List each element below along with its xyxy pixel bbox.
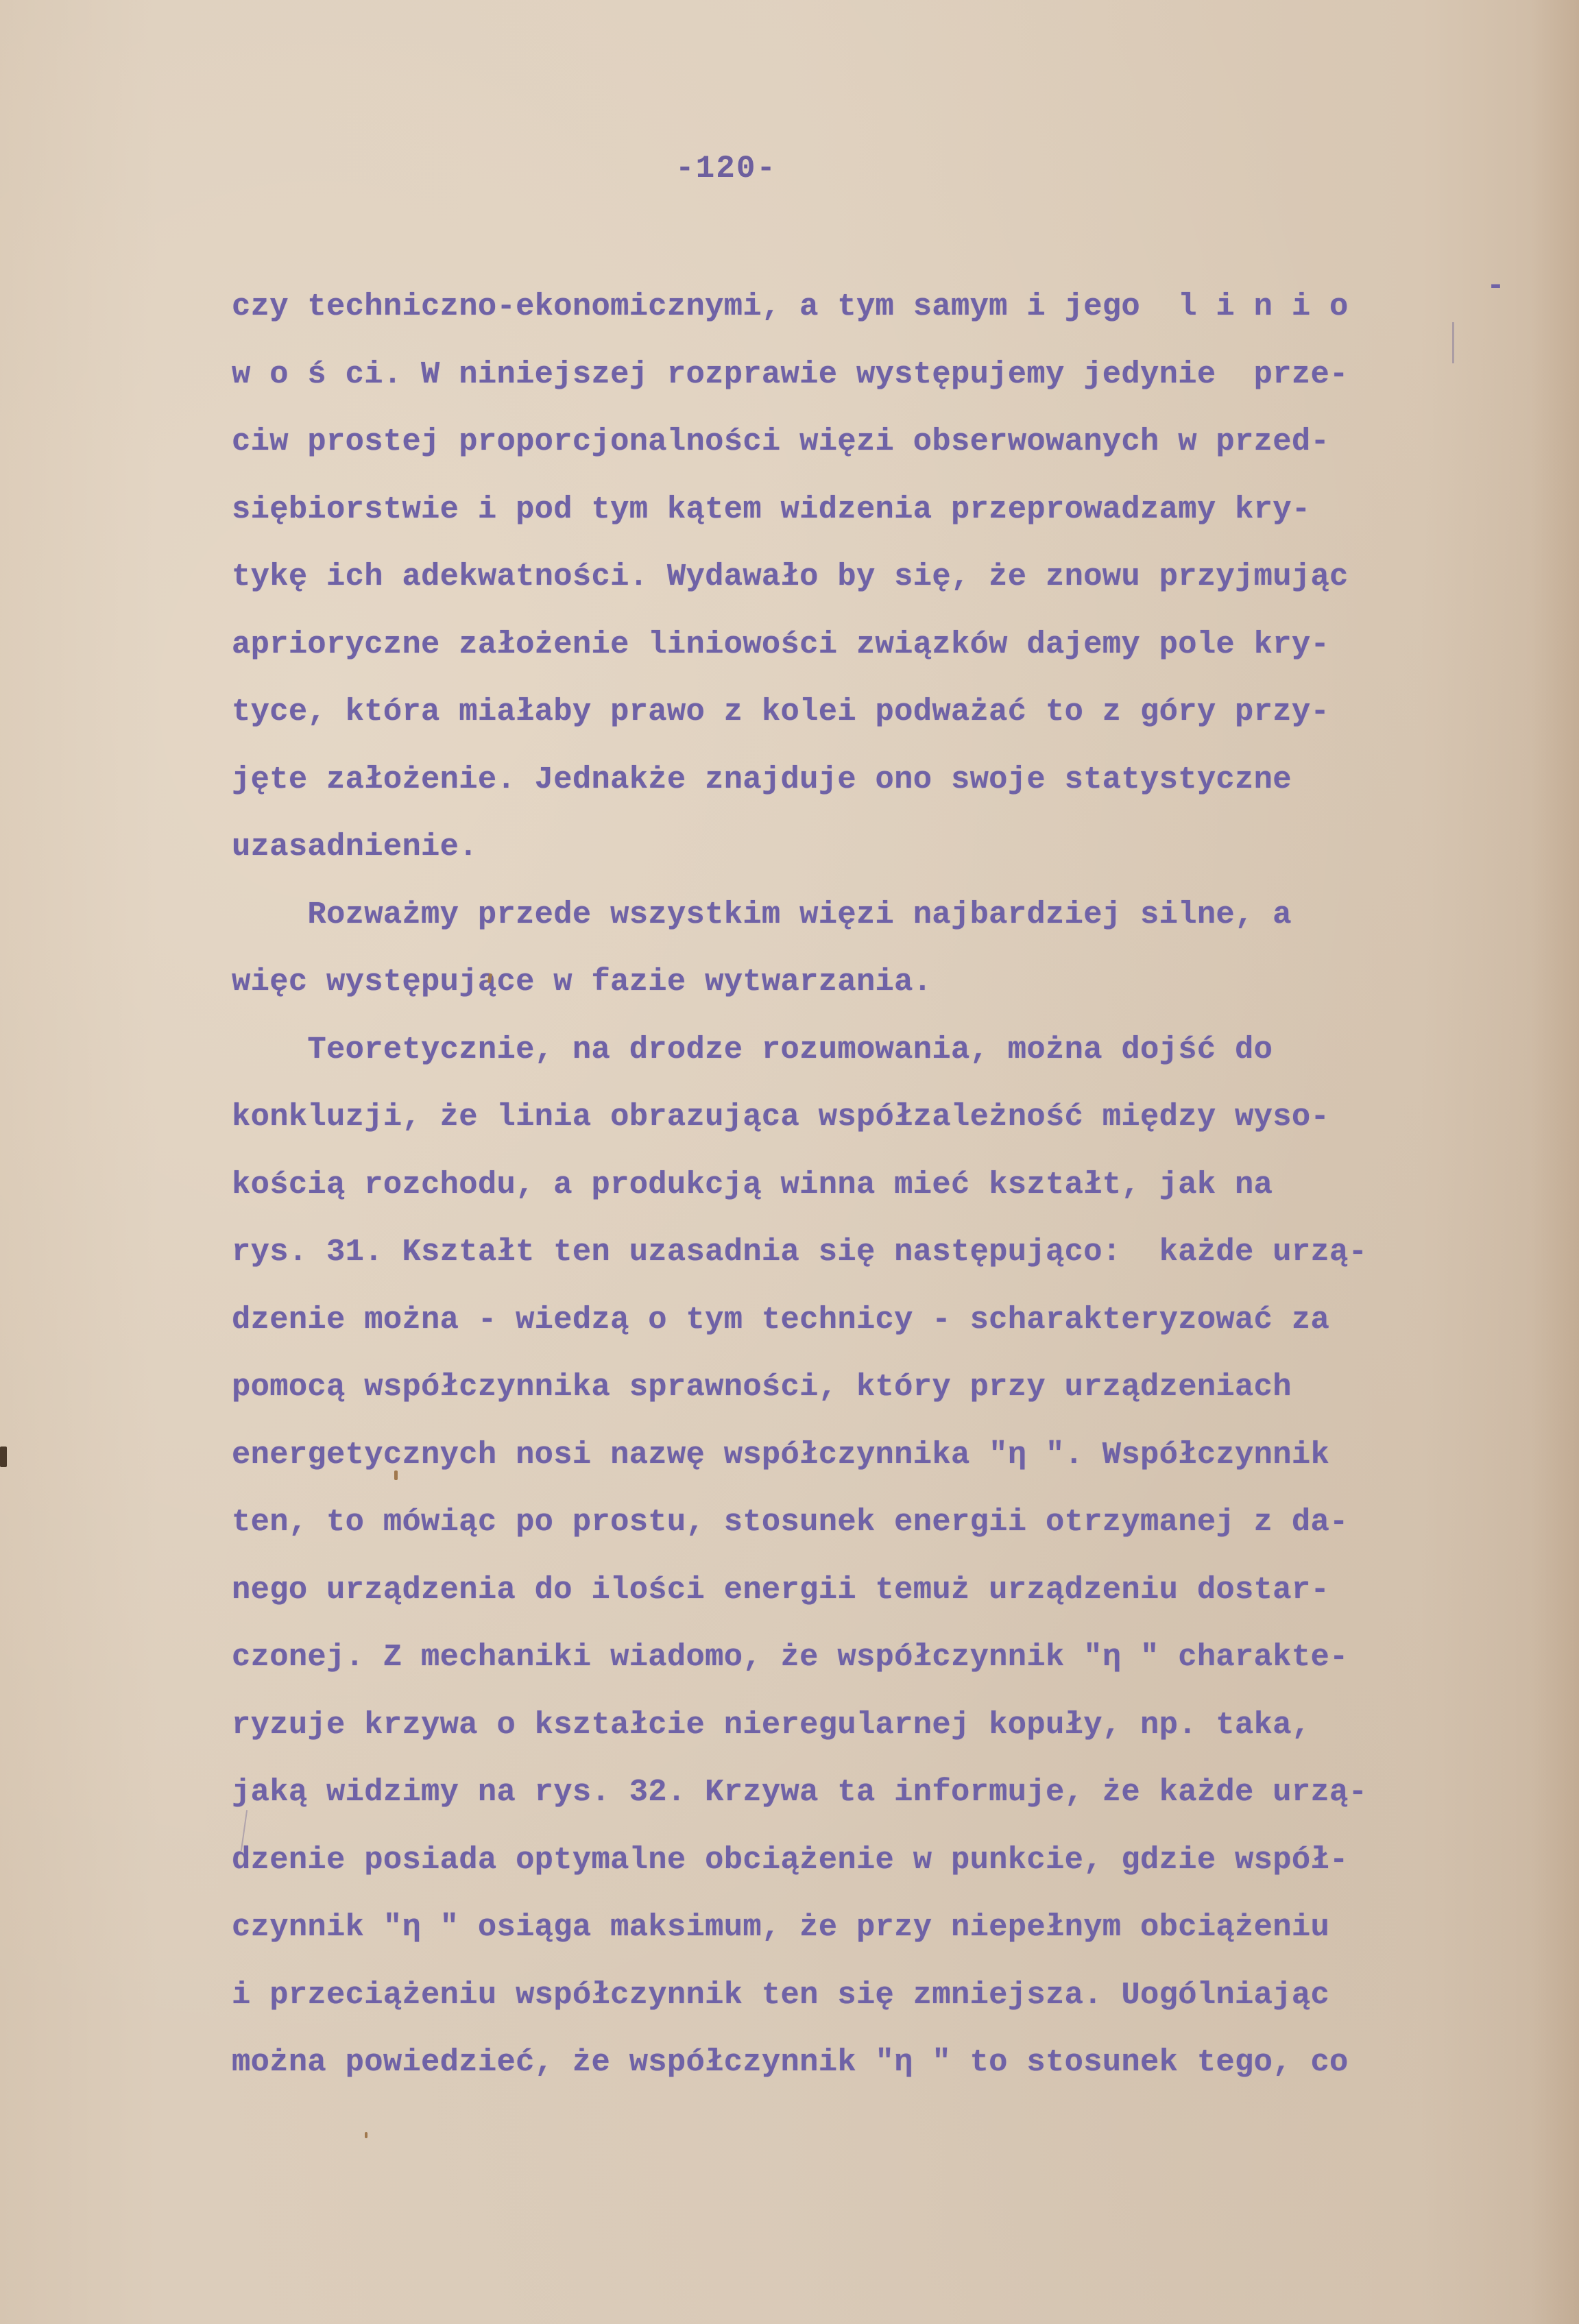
text-line: nego urządzenia do ilości energii temuż …	[232, 1556, 1534, 1624]
page-number: -120-	[675, 151, 777, 186]
page-edge-shadow	[1531, 0, 1579, 2324]
text-line: tykę ich adekwatności. Wydawało by się, …	[232, 543, 1534, 611]
pencil-mark	[1452, 322, 1454, 363]
text-line: w o ś ci. W niniejszej rozprawie występu…	[232, 341, 1534, 409]
text-line: rys. 31. Kształt ten uzasadnia się nastę…	[232, 1218, 1534, 1286]
ink-speck	[394, 1470, 398, 1480]
text-line: więc występujące w fazie wytwarzania.	[232, 948, 1534, 1016]
text-line: jaką widzimy na rys. 32. Krzywa ta infor…	[232, 1758, 1534, 1826]
text-line: kością rozchodu, a produkcją winna mieć …	[232, 1151, 1534, 1219]
text-line: można powiedzieć, że współczynnik "η " t…	[232, 2029, 1534, 2096]
body-text: czy techniczno-ekonomicznymi, a tym samy…	[232, 273, 1534, 2096]
text-line: dzenie można - wiedzą o tym technicy - s…	[232, 1286, 1534, 1354]
text-line: czynnik "η " osiąga maksimum, że przy ni…	[232, 1893, 1534, 1961]
text-line: Teoretycznie, na drodze rozumowania, moż…	[232, 1016, 1534, 1084]
text-line: Rozważmy przede wszystkim więzi najbardz…	[232, 881, 1534, 949]
text-line: i przeciążeniu współczynnik ten się zmni…	[232, 1961, 1534, 2029]
text-line: czonej. Z mechaniki wiadomo, że współczy…	[232, 1623, 1534, 1691]
text-line: czy techniczno-ekonomicznymi, a tym samy…	[232, 273, 1534, 341]
text-line: uzasadnienie.	[232, 813, 1534, 881]
text-line: pomocą współczynnika sprawności, który p…	[232, 1353, 1534, 1421]
text-line: tyce, która miałaby prawo z kolei podważ…	[232, 678, 1534, 746]
text-line: ryzuje krzywa o kształcie nieregularnej …	[232, 1691, 1534, 1759]
ink-speck	[0, 1447, 7, 1467]
ink-speck	[365, 2132, 367, 2138]
text-line: jęte założenie. Jednakże znajduje ono sw…	[232, 746, 1534, 814]
text-line: energetycznych nosi nazwę współczynnika …	[232, 1421, 1534, 1489]
text-line: ten, to mówiąc po prostu, stosunek energ…	[232, 1488, 1534, 1556]
text-line: siębiorstwie i pod tym kątem widzenia pr…	[232, 476, 1534, 544]
typewritten-page: -120- - czy techniczno-ekonomicznymi, a …	[0, 0, 1579, 2324]
text-line: konkluzji, że linia obrazująca współzale…	[232, 1083, 1534, 1151]
text-line: ciw prostej proporcjonalności więzi obse…	[232, 408, 1534, 476]
text-line: dzenie posiada optymalne obciążenie w pu…	[232, 1826, 1534, 1894]
text-line: aprioryczne założenie liniowości związkó…	[232, 611, 1534, 679]
